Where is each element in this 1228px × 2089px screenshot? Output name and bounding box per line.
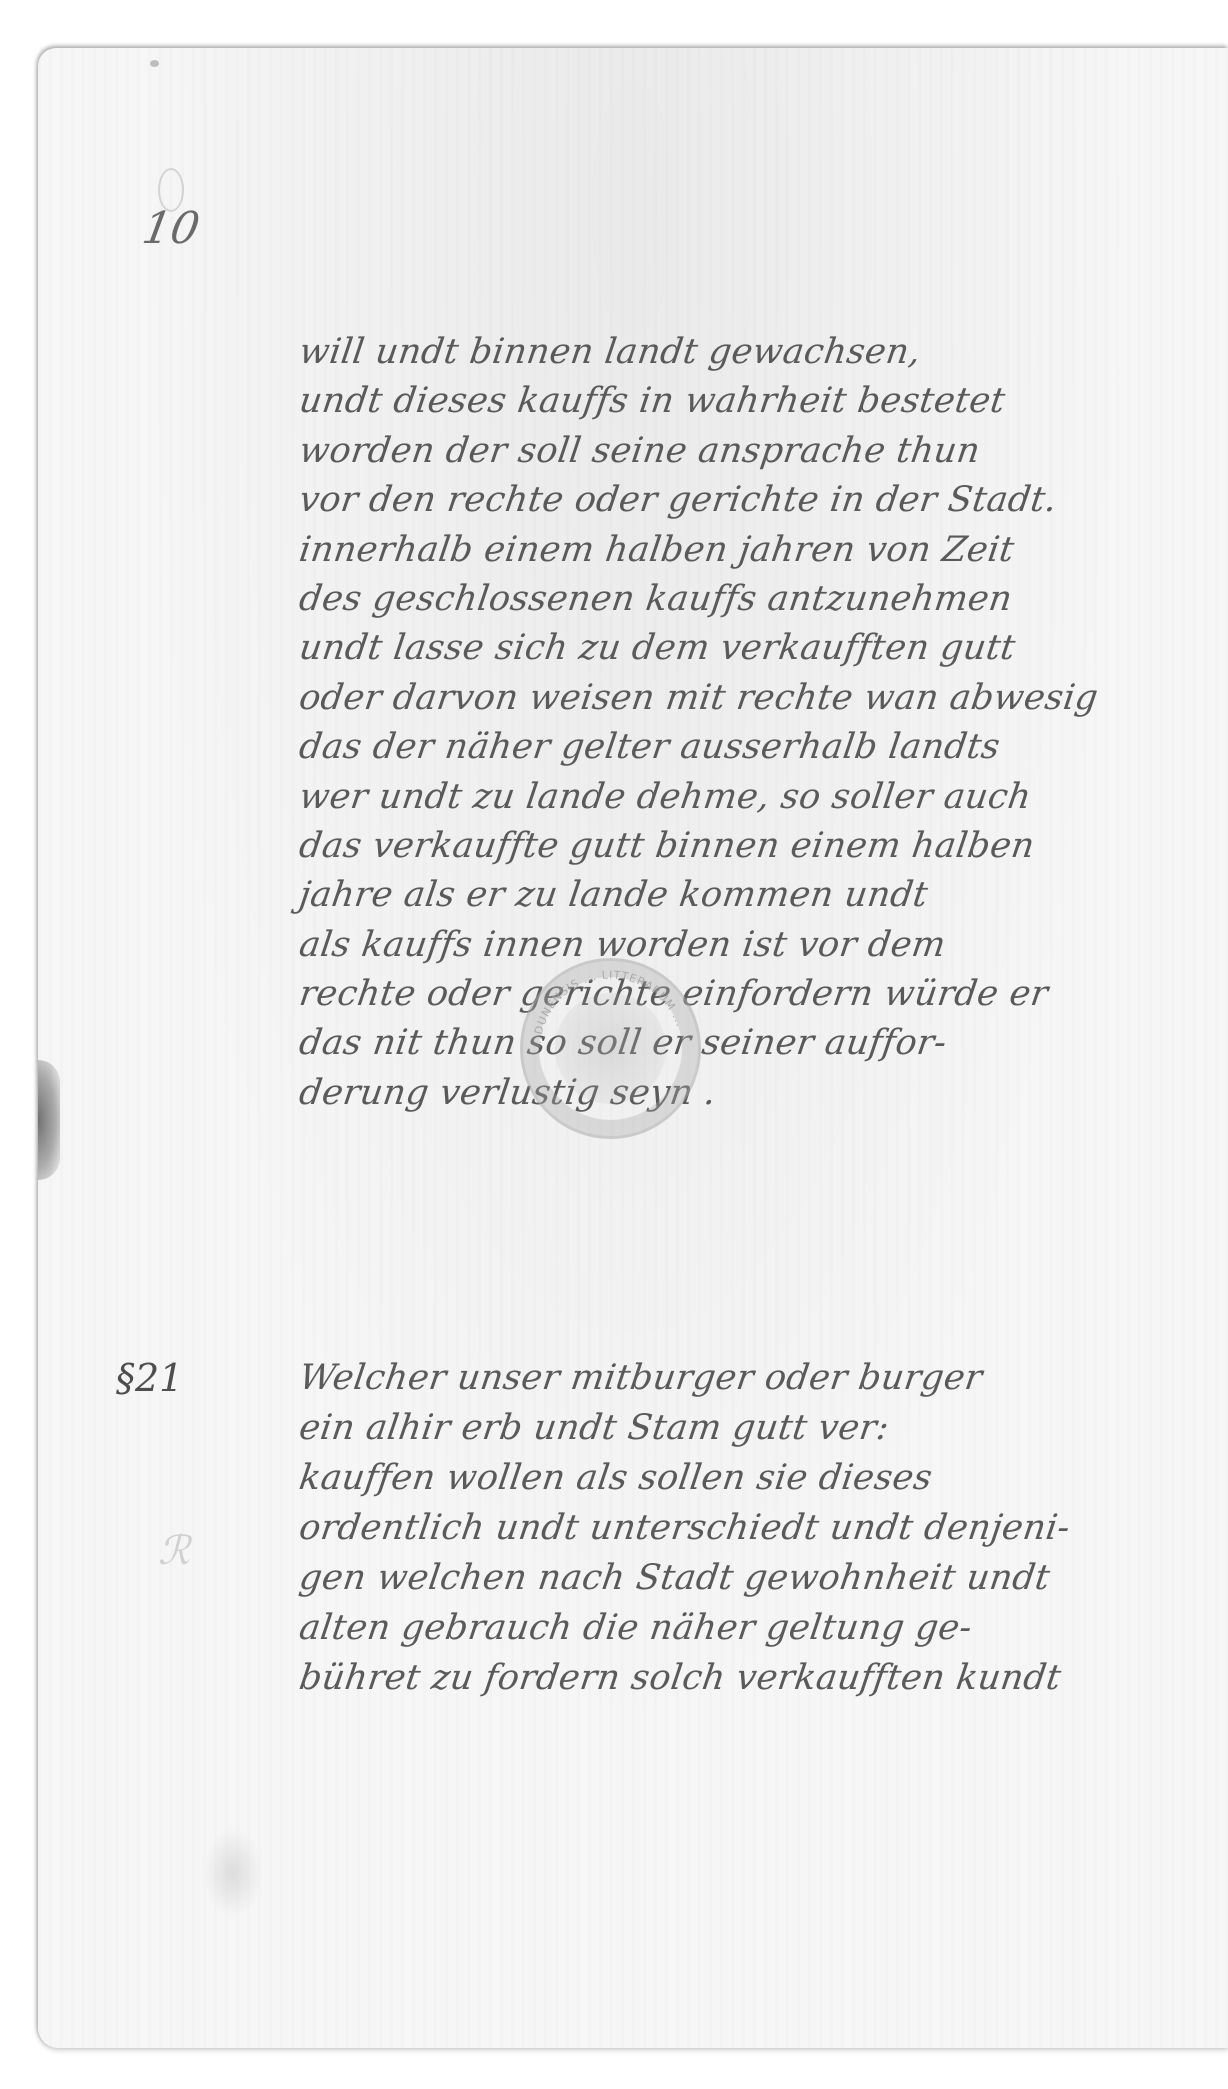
paragraph-1: will undt binnen landt gewachsen, undt d… [296,328,1226,1118]
text-line: Welcher unser mitburger oder burger [296,1353,1228,1403]
paragraph-2: Welcher unser mitburger oder burger ein … [296,1353,1226,1703]
text-line: derung verlustig seyn . [296,1069,1228,1118]
section-mark: §21 [116,1353,183,1403]
folio-number: 10 [139,203,204,254]
text-line: kauffen wollen als sollen sie dieses [296,1453,1228,1503]
library-stamp: ...DUNENSIS ... LITTERARUM ... [520,958,701,1139]
text-line: wer undt zu lande dehme, so soller auch [296,773,1228,822]
stamp-ring-text: ...DUNENSIS ... LITTERARUM ... [523,961,698,1136]
paper-speck [150,60,159,67]
text-line: rechte oder gerichte einfordern würde er [296,970,1228,1019]
text-line: des geschlossenen kauffs antzunehmen [296,575,1228,624]
text-line: ein alhir erb undt Stam gutt ver: [296,1403,1228,1453]
text-line: innerhalb einem halben jahren von Zeit [296,526,1228,575]
svg-text:...DUNENSIS ... LITTERARUM ...: ...DUNENSIS ... LITTERARUM ... [530,968,686,1048]
text-line: als kauffs innen worden ist vor dem [296,921,1228,970]
text-line: bühret zu fordern solch verkaufften kund… [296,1653,1228,1703]
text-line: will undt binnen landt gewachsen, [296,328,1228,377]
text-line: ordentlich undt unterschiedt undt denjen… [296,1503,1228,1553]
text-line: oder darvon weisen mit rechte wan abwesi… [296,674,1228,723]
text-line: das nit thun so soll er seiner auffor- [296,1019,1228,1068]
text-line: vor den rechte oder gerichte in der Stad… [296,476,1228,525]
manuscript-page: 10 will undt binnen landt gewachsen, und… [38,48,1228,2048]
ink-smudge [203,1828,263,1918]
margin-pencil-mark: ℛ [158,1528,190,1574]
text-line: das der näher gelter ausserhalb landts [296,723,1228,772]
text-line: gen welchen nach Stadt gewohnheit undt [296,1553,1228,1603]
text-line: jahre als er zu lande kommen undt [296,871,1228,920]
text-line: undt dieses kauffs in wahrheit bestetet [296,377,1228,426]
edge-stain [38,1060,60,1180]
text-line: worden der soll seine ansprache thun [296,427,1228,476]
text-line: undt lasse sich zu dem verkaufften gutt [296,624,1228,673]
text-line: alten gebrauch die näher geltung ge- [296,1603,1228,1653]
text-line: das verkauffte gutt binnen einem halben [296,822,1228,871]
